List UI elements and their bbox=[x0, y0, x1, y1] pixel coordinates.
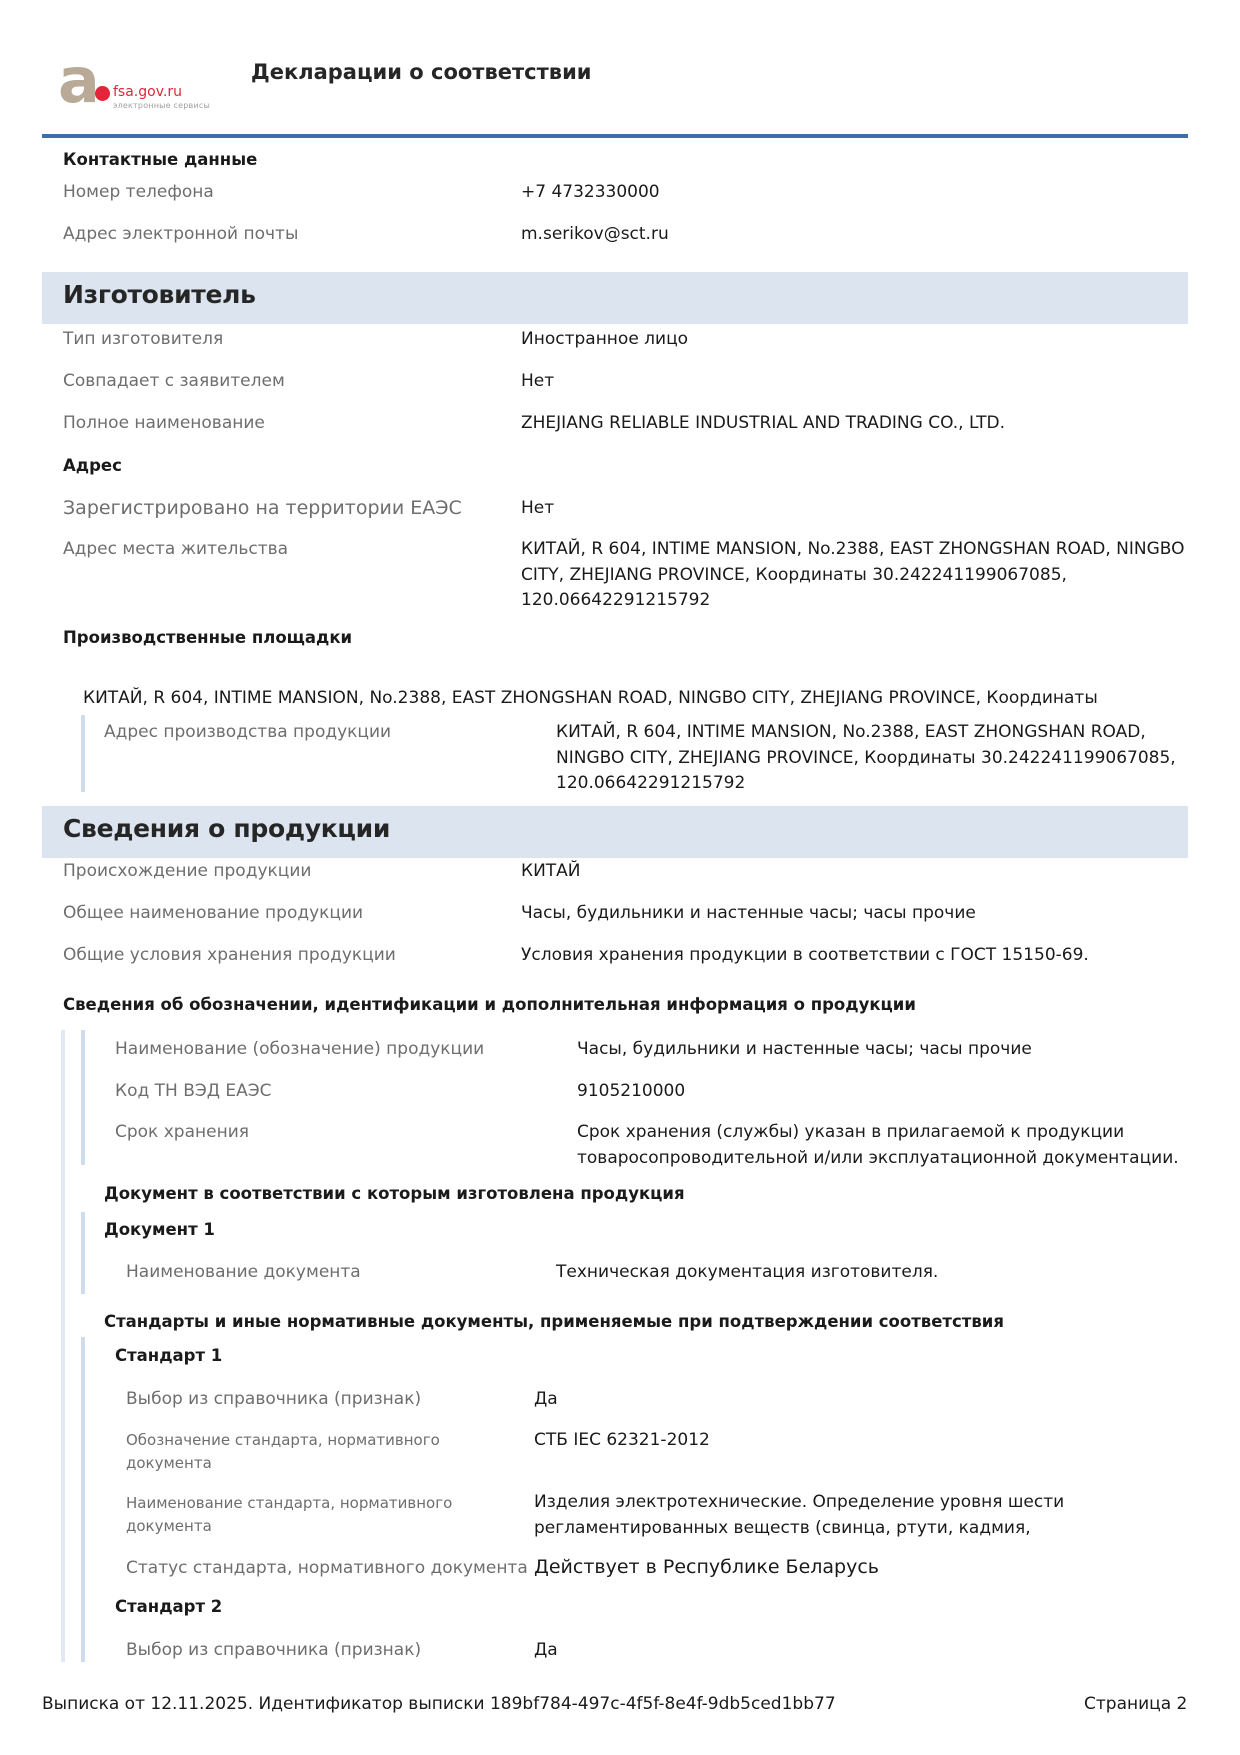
header-divider bbox=[42, 134, 1188, 138]
full-name-label: Полное наименование bbox=[63, 413, 265, 433]
standard-status-value: Действует в Республике Беларусь bbox=[534, 1555, 879, 1581]
hs-code-value: 9105210000 bbox=[577, 1079, 685, 1105]
general-name-label: Общее наименование продукции bbox=[63, 903, 363, 923]
page-number: Страница 2 bbox=[1084, 1694, 1187, 1714]
phone-label: Номер телефона bbox=[63, 182, 214, 202]
same-as-applicant-value: Нет bbox=[521, 369, 554, 395]
production-address-label: Адрес производства продукции bbox=[104, 722, 391, 742]
standards-heading: Стандарты и иные нормативные документы, … bbox=[104, 1312, 1004, 1331]
manufacturer-type-label: Тип изготовителя bbox=[63, 329, 223, 349]
origin-value: КИТАЙ bbox=[521, 859, 581, 885]
storage-conditions-value: Условия хранения продукции в соответстви… bbox=[521, 943, 1089, 969]
registered-eaeu-value: Нет bbox=[521, 496, 554, 522]
standard-designation-label: Обозначение стандарта, нормативного доку… bbox=[126, 1429, 486, 1475]
logo-subtitle: электронные сервисы bbox=[113, 101, 210, 110]
standard-status-label: Статус стандарта, нормативного документа bbox=[126, 1558, 528, 1578]
phone-value: +7 4732330000 bbox=[521, 180, 660, 206]
same-as-applicant-label: Совпадает с заявителем bbox=[63, 371, 285, 391]
manufacturer-type-value: Иностранное лицо bbox=[521, 327, 688, 353]
identification-heading: Сведения об обозначении, идентификации и… bbox=[63, 995, 916, 1014]
directory-choice-2-label: Выбор из справочника (признак) bbox=[126, 1640, 421, 1660]
document-title: Декларации о соответствии bbox=[251, 60, 592, 84]
origin-label: Происхождение продукции bbox=[63, 861, 311, 881]
nested-indicator bbox=[81, 1337, 85, 1662]
section-title: Изготовитель bbox=[63, 280, 256, 309]
directory-choice-label: Выбор из справочника (признак) bbox=[126, 1389, 421, 1409]
product-designation-value: Часы, будильники и настенные часы; часы … bbox=[577, 1037, 1032, 1063]
nested-indicator bbox=[81, 715, 85, 792]
address-heading: Адрес bbox=[63, 456, 122, 475]
standard-1-title: Стандарт 1 bbox=[115, 1346, 222, 1365]
extract-info: Выписка от 12.11.2025. Идентификатор вып… bbox=[42, 1694, 836, 1714]
production-sites-heading: Производственные площадки bbox=[63, 628, 352, 647]
nested-indicator-outer bbox=[61, 1030, 65, 1662]
production-address-value: КИТАЙ, R 604, INTIME MANSION, No.2388, E… bbox=[556, 720, 1191, 797]
directory-choice-2-value: Да bbox=[534, 1638, 558, 1664]
standard-designation-value: СТБ IEC 62321-2012 bbox=[534, 1428, 710, 1454]
standard-2-title: Стандарт 2 bbox=[115, 1597, 222, 1616]
document-name-label: Наименование документа bbox=[126, 1262, 361, 1282]
shelf-life-label: Срок хранения bbox=[115, 1122, 249, 1142]
hs-code-label: Код ТН ВЭД ЕАЭС bbox=[115, 1081, 272, 1101]
section-product: Сведения о продукции bbox=[42, 806, 1188, 858]
nested-indicator bbox=[81, 1212, 85, 1294]
logo-letter-icon: а bbox=[58, 50, 100, 112]
directory-choice-value: Да bbox=[534, 1387, 558, 1413]
residence-address-value: КИТАЙ, R 604, INTIME MANSION, No.2388, E… bbox=[521, 537, 1191, 614]
email-value: m.serikov@sct.ru bbox=[521, 222, 669, 248]
logo-site-text: fsa.gov.ru bbox=[113, 84, 182, 100]
production-site-title: КИТАЙ, R 604, INTIME MANSION, No.2388, E… bbox=[83, 686, 1098, 712]
section-manufacturer: Изготовитель bbox=[42, 272, 1188, 324]
general-name-value: Часы, будильники и настенные часы; часы … bbox=[521, 901, 976, 927]
documents-heading: Документ в соответствии с которым изгото… bbox=[104, 1184, 685, 1203]
standard-name-value: Изделия электротехнические. Определение … bbox=[534, 1490, 1194, 1541]
section-title: Сведения о продукции bbox=[63, 814, 390, 843]
nested-indicator bbox=[81, 1030, 85, 1165]
document-name-value: Техническая документация изготовителя. bbox=[556, 1260, 938, 1286]
storage-conditions-label: Общие условия хранения продукции bbox=[63, 945, 396, 965]
logo-dot-icon bbox=[95, 86, 110, 101]
shelf-life-value: Срок хранения (службы) указан в прилагае… bbox=[577, 1120, 1189, 1171]
email-label: Адрес электронной почты bbox=[63, 224, 298, 244]
document-1-title: Документ 1 bbox=[104, 1220, 215, 1239]
contacts-heading: Контактные данные bbox=[63, 150, 257, 169]
full-name-value: ZHEJIANG RELIABLE INDUSTRIAL AND TRADING… bbox=[521, 411, 1005, 437]
residence-address-label: Адрес места жительства bbox=[63, 539, 288, 559]
standard-name-label: Наименование стандарта, нормативного док… bbox=[126, 1492, 486, 1538]
registered-eaeu-label: Зарегистрировано на территории ЕАЭС bbox=[63, 497, 462, 519]
product-designation-label: Наименование (обозначение) продукции bbox=[115, 1039, 484, 1059]
